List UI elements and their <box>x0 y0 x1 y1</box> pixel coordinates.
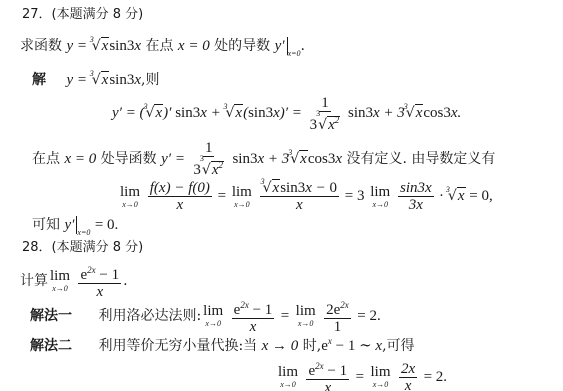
statement-prefix: 求函数 <box>20 38 62 54</box>
problem-27-header: 27．(本题满分 8 分) <box>22 7 143 23</box>
statement-target: y′ <box>275 38 285 54</box>
fraction-denominator: x <box>322 380 333 391</box>
method-text: 利用洛必达法则: <box>98 308 201 324</box>
fraction-denominator: x <box>174 197 185 213</box>
method-equivalence: ex − 1 ∼ x <box>321 338 382 354</box>
limit-operator: limx→0 <box>370 365 390 389</box>
fraction-numerator: sin3x <box>398 180 434 197</box>
lim-sub: x→0 <box>205 319 221 328</box>
lim-sub: x→0 <box>234 200 250 209</box>
eval-subscript: x=0 <box>77 228 90 237</box>
method-text2: 时, <box>303 338 321 354</box>
statement-middle: 在点 <box>145 38 173 54</box>
method-text3: ,可得 <box>382 338 414 354</box>
limit-operator: limx→0 <box>278 365 298 389</box>
fraction-numerator: 2e2x <box>324 297 351 319</box>
lim-word: lim <box>120 185 140 200</box>
method-label: 解法二 <box>30 338 72 354</box>
problem-28-statement: 计算limx→0 e2x − 1 x . <box>20 262 128 300</box>
line3-fraction: 1 33√x2 <box>191 140 226 178</box>
statement-point: x = 0 <box>178 38 210 54</box>
line4-tail: · 3√x = 0, <box>439 188 492 204</box>
lim-sub: x→0 <box>280 380 296 389</box>
method-label: 解法一 <box>30 308 72 324</box>
statement-end: . <box>123 273 127 289</box>
fraction-denominator: x <box>403 378 414 391</box>
lim-sub: x→0 <box>373 380 389 389</box>
line3-lhs: y′ = <box>161 151 185 167</box>
limit-operator: limx→0 <box>296 304 316 328</box>
method-1: 解法一 利用洛必达法则:limx→0 e2x − 1 x = limx→0 2e… <box>30 297 381 335</box>
method-2: 解法二 利用等价无穷小量代换:当 x → 0 时,ex − 1 ∼ x,可得 <box>30 333 415 354</box>
fraction-numerator: 1 <box>319 95 331 112</box>
problem-27-statement: 求函数 y = 3√xsin3x 在点 x = 0 处的导数 y′x=0. <box>20 37 305 62</box>
line3-suffix: 没有定义. 由导数定义有 <box>346 151 495 167</box>
method-result: = 2. <box>424 369 447 385</box>
solution-label: 解 <box>32 72 46 88</box>
fraction-numerator: 2x <box>399 361 417 378</box>
limit-operator: limx→0 <box>370 185 390 209</box>
conclusion-prefix: 可知 <box>32 217 60 233</box>
line1-expr: y = 3√xsin3x <box>66 72 141 88</box>
coefficient: 3 <box>357 188 365 204</box>
lim-word: lim <box>278 365 298 380</box>
fraction-numerator: f(x) − f(0) <box>148 180 212 197</box>
eval-subscript: x=0 <box>288 49 301 58</box>
line3-mid: 处导函数 <box>101 151 157 167</box>
lim-word: lim <box>203 304 223 319</box>
fraction-denominator: 33√x2 <box>308 112 343 133</box>
method1-fraction2: 2e2x 1 <box>324 297 351 335</box>
fraction-numerator: 3√xsin3x − 0 <box>260 180 339 197</box>
fraction-numerator: 1 <box>203 140 215 157</box>
lim-word: lim <box>50 269 70 284</box>
lim-sub: x→0 <box>52 284 68 293</box>
lim-sub: x→0 <box>372 200 388 209</box>
statement-prefix: 计算 <box>20 273 48 289</box>
fraction-numerator: e2x − 1 <box>232 297 275 319</box>
conclusion-value: = 0. <box>95 217 118 233</box>
fraction-numerator: e2x − 1 <box>78 262 121 284</box>
line3-rhs: sin3x + 33√xcos3x <box>232 151 342 167</box>
method-condition: x → 0 <box>262 338 299 354</box>
method1-fraction1: e2x − 1 x <box>232 297 275 335</box>
conclusion-target: y′ <box>64 217 74 233</box>
limit-operator: limx→0 <box>50 269 70 293</box>
sine-ratio: sin3x 3x <box>398 180 434 213</box>
solution-27-line4: limx→0 f(x) − f(0) x = limx→0 3√xsin3x −… <box>118 180 493 213</box>
line2-rhs: sin3x + 33√xcos3x. <box>348 105 461 121</box>
fraction-denominator: 33√x2 <box>191 157 226 178</box>
line3-prefix: 在点 <box>32 151 60 167</box>
solution-27-line2: y′ = (3√x)′ sin3x + 3√x(sin3x)′ = 1 33√x… <box>112 95 461 133</box>
statement-fraction: e2x − 1 x <box>78 262 121 300</box>
solution-27-conclusion: 可知 y′x=0 = 0. <box>32 216 118 241</box>
lim-word: lim <box>296 304 316 319</box>
lim-sub: x→0 <box>122 200 138 209</box>
limit-operator: limx→0 <box>203 304 223 328</box>
line1-suffix: ,则 <box>141 72 159 88</box>
line2-fraction: 1 33√x2 <box>308 95 343 133</box>
method-2-equation: limx→0 e2x − 1 x = limx→0 2x x = 2. <box>276 358 447 391</box>
statement-end: . <box>301 38 305 54</box>
line3-point: x = 0 <box>64 151 96 167</box>
method2-fraction2: 2x x <box>399 361 417 391</box>
method2-fraction1: e2x − 1 x <box>306 358 349 391</box>
solution-27-line1: 解 y = 3√xsin3x,则 <box>32 72 159 88</box>
method-result: = 2. <box>357 308 380 324</box>
solution-27-line3: 在点 x = 0 处导函数 y′ = 1 33√x2 sin3x + 33√xc… <box>32 140 495 178</box>
difference-quotient: f(x) − f(0) x <box>148 180 212 213</box>
fraction-numerator: e2x − 1 <box>306 358 349 380</box>
limit-operator: limx→0 <box>232 185 252 209</box>
limit-operator: limx→0 <box>120 185 140 209</box>
fraction-denominator: x <box>294 197 305 213</box>
problem-28-header: 28．(本题满分 8 分) <box>22 240 143 256</box>
statement-function: y = 3√xsin3x <box>66 38 141 54</box>
fraction-denominator: 3x <box>407 197 425 213</box>
lim-word: lim <box>370 365 390 380</box>
lim-word: lim <box>232 185 252 200</box>
lim-word: lim <box>370 185 390 200</box>
method-text: 利用等价无穷小量代换:当 <box>98 338 257 354</box>
substituted-quotient: 3√xsin3x − 0 x <box>260 180 339 213</box>
lim-sub: x→0 <box>298 319 314 328</box>
line2-lhs: y′ = (3√x)′ sin3x + 3√x(sin3x)′ = <box>112 105 302 121</box>
statement-suffix: 处的导数 <box>214 38 270 54</box>
